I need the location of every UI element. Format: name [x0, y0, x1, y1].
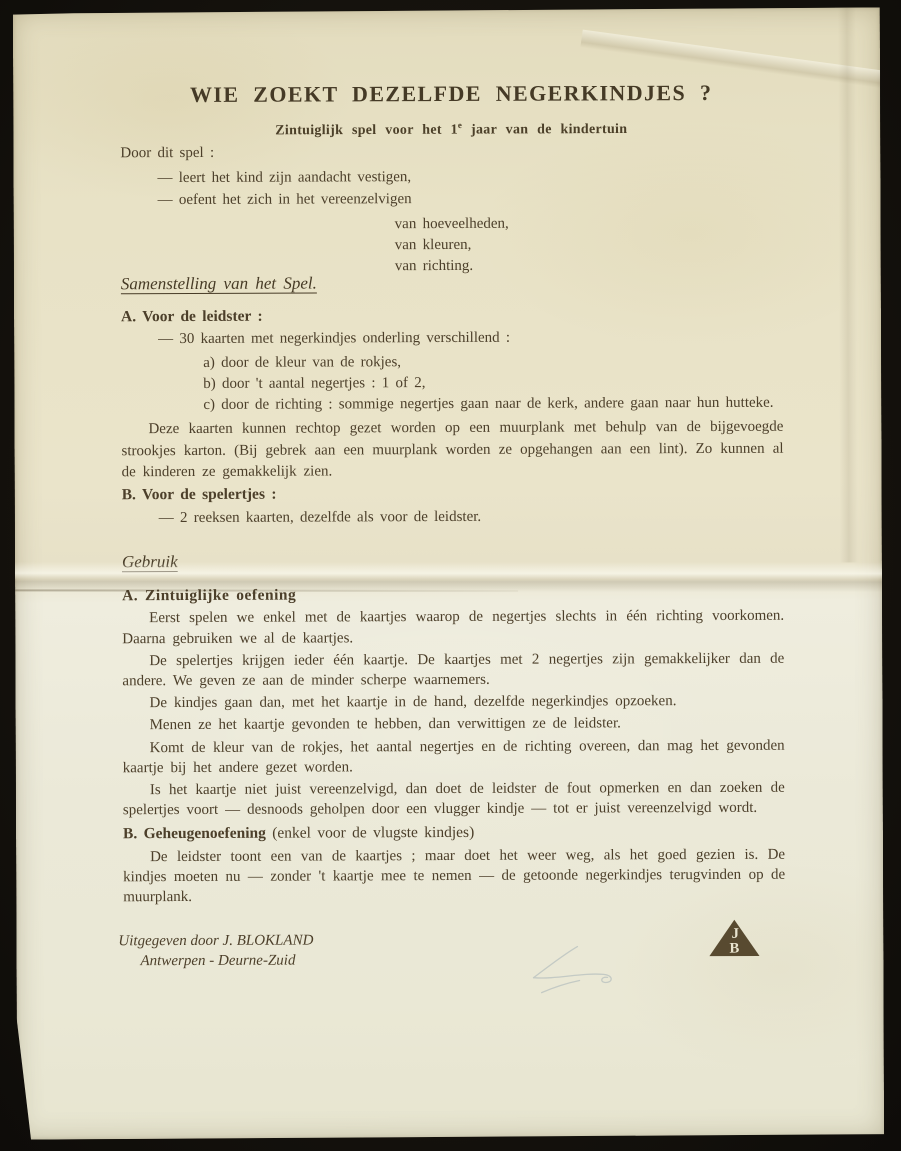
subtitle-text: Zintuiglijk spel voor het 1: [275, 123, 458, 139]
document-subtitle: Zintuiglijk spel voor het 1e jaar van de…: [120, 115, 782, 141]
subtitle-text-end: jaar van de kindertuin: [462, 122, 627, 138]
usage-heading: Gebruik: [122, 548, 784, 575]
publisher-address: Antwerpen - Deurne-Zuid: [140, 949, 780, 971]
sensory-paragraph: Komt de kleur van de rokjes, het aantal …: [123, 735, 785, 778]
photo-background: { "page": { "background": "#15120d", "pa…: [0, 0, 901, 1151]
document-header: WIE ZOEKT DEZELFDE NEGERKINDJES ? Zintui…: [120, 80, 782, 141]
sensory-paragraph: Eerst spelen we enkel met de kaartjes wa…: [122, 606, 784, 649]
leader-item-c: c) door de richting : sommige negertjes …: [227, 393, 783, 416]
logo-letter-j: J: [732, 926, 739, 942]
sensory-paragraph: De kindjes gaan dan, met het kaartje in …: [122, 691, 784, 714]
logo-letter-b: B: [730, 941, 740, 957]
right-edge-shadow: [838, 7, 858, 562]
publisher-name: Uitgegeven door J. BLOKLAND: [118, 929, 780, 952]
composition-heading: Samenstelling van het Spel.: [121, 270, 783, 297]
intro-aspect: van kleuren,: [395, 234, 783, 257]
sensory-paragraph: Menen ze het kaartje gevonden te hebben,…: [123, 713, 785, 736]
leader-bullet: — 30 kaarten met negerkindjes onderling …: [158, 327, 783, 351]
players-heading: B. Voor de spelertjes :: [122, 482, 784, 506]
leader-heading: A. Voor de leidster :: [121, 304, 783, 328]
leader-item-a: a) door de kleur van de rokjes,: [227, 350, 783, 373]
composition-section: Samenstelling van het Spel. A. Voor de l…: [121, 270, 784, 530]
usage-heading-block: Gebruik: [122, 548, 784, 575]
sensory-paragraph: Is het kaartje niet juist vereenzelvigd,…: [123, 778, 785, 821]
usage-section: A. Zintuiglijke oefening Eerst spelen we…: [122, 583, 785, 908]
publisher-block: Uitgegeven door J. BLOKLAND Antwerpen - …: [118, 929, 780, 972]
memory-heading-bold: B. Geheugenoefening: [123, 825, 266, 843]
memory-heading-note: (enkel voor de vlugste kindjes): [266, 824, 474, 842]
memory-paragraph: De leidster toont een van de kaartjes ; …: [123, 844, 785, 907]
leader-item-b: b) door 't aantal negertjes : 1 of 2,: [227, 372, 783, 395]
players-bullet: — 2 reeksen kaarten, dezelfde als voor d…: [159, 505, 784, 529]
document-title: WIE ZOEKT DEZELFDE NEGERKINDJES ?: [120, 80, 782, 109]
intro-aspect: van hoeveelheden,: [395, 213, 783, 236]
document-page: WIE ZOEKT DEZELFDE NEGERKINDJES ? Zintui…: [13, 7, 884, 1139]
sensory-paragraph: De spelertjes krijgen ieder één kaartje.…: [122, 648, 784, 691]
leader-paragraph: Deze kaarten kunnen rechtop gezet worden…: [121, 417, 783, 483]
intro-bullet: — leert het kind zijn aandacht vestigen,: [157, 166, 782, 190]
intro-bullet: — oefent het zich in het vereenzelvigen: [158, 187, 783, 211]
intro-section: Door dit spel : — leert het kind zijn aa…: [120, 141, 783, 279]
intro-lead: Door dit spel :: [120, 141, 782, 165]
publisher-logo-icon: J B: [708, 919, 760, 957]
memory-heading: B. Geheugenoefening (enkel voor de vlugs…: [123, 821, 785, 845]
sensory-heading: A. Zintuiglijke oefening: [122, 583, 784, 607]
